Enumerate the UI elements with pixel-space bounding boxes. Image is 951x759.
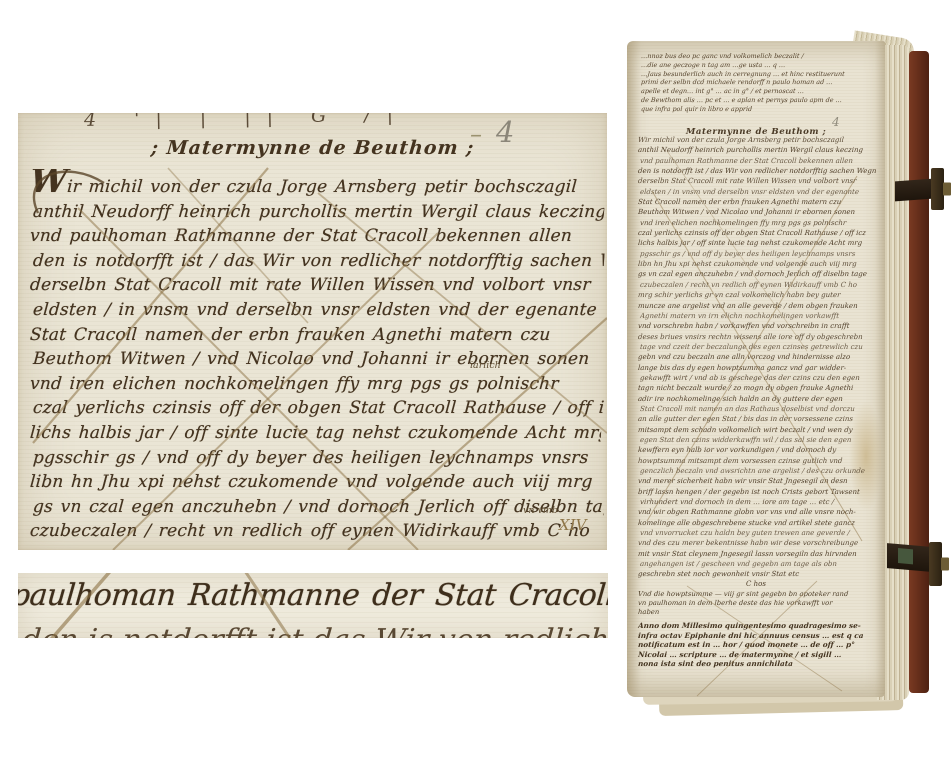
script-line: lichs halbis jar / off sinte lucie tag n… — [638, 238, 879, 248]
script-line: vnd iren elichen nochkomelingen ffy mrg … — [29, 372, 602, 397]
leather-cover — [909, 51, 929, 693]
entry-body-block: Wir michil von der czula Jorge Arnsberg … — [638, 135, 878, 580]
manuscript-page: …nnoz bus deo pc ganc vnd volkomelich be… — [627, 41, 885, 697]
script-line: pgsschir gs / vnd off dy beyer des heili… — [32, 446, 605, 471]
script-line: vnd iren elichen nochkomelingen ffy mrg … — [640, 218, 881, 228]
script-line: libn hn Jhu xpi nehst czukomende vnd vol… — [638, 259, 879, 269]
script-line: Agnethi matern vn irn elichn nochkomelin… — [640, 311, 881, 321]
script-line: genczlich beczaln vnd awsrichtn ane arge… — [640, 466, 881, 476]
script-line: haben — [638, 608, 876, 617]
script-line: tage vnd czeit der beczalunge des egen c… — [640, 342, 881, 352]
script-line: den is notdorfft ist / das Wir von redli… — [638, 166, 879, 176]
script-line: Beuthom Witwen / vnd Nicolao vnd Johanni… — [32, 347, 605, 372]
script-line: gs vn czal egen anczuhebn / vnd dornoch … — [32, 495, 605, 520]
detail-text: paulhoman Rathmanne der Stat Cracoll — [18, 578, 608, 613]
detail-crop: paulhoman Rathmanne der Stat Cracoll den… — [18, 573, 608, 638]
script-line: de Bewthom alis … pc et … e aplan et per… — [641, 96, 874, 105]
script-line: Nicolai … scripture … de matermynne / et… — [638, 650, 876, 660]
script-line: Beuthom Witwen / vnd Nicolao vnd Johanni… — [638, 207, 879, 217]
script-line: Wir michil von der czula Jorge Arnsberg … — [638, 135, 879, 145]
script-line: derselbn Stat Cracoll mit rate Willen Wi… — [638, 176, 879, 186]
previous-entry-block: …nnoz bus deo pc ganc vnd volkomelich be… — [641, 52, 873, 114]
entry-heading: ; Matermynne de Beuthom ; — [150, 137, 475, 159]
script-line: vnd vnvorrucket czu haldn bey guten trew… — [640, 528, 881, 538]
script-line: primi der selbn dcd michaele rendorff n … — [641, 78, 874, 87]
clasp-tip — [931, 168, 944, 210]
script-line: vnd des czu merer bekentnisse habn wir d… — [638, 538, 879, 548]
script-line: czubeczalen / recht vn redlich off eynen… — [29, 519, 602, 544]
script-line: kewffern eyn halb ior vor vorkundigen / … — [638, 445, 879, 455]
script-line: howptsumma mitsampt dem vorsessen czinse… — [638, 456, 879, 466]
script-line: adir ire nochkomelinge sich haldn an dy … — [638, 394, 879, 404]
script-line: Wir michil von der czula Jorge Arnsberg … — [29, 169, 602, 200]
script-line: apelle et degn… int g° … ac in g° / et p… — [641, 87, 874, 96]
clasp-strap — [887, 543, 931, 572]
script-line: eldsten / in vnsm vnd derselbn vnsr elds… — [32, 298, 605, 323]
script-line: gekawfft wirt / vnd ab is geschege das d… — [640, 373, 881, 383]
script-line: czal yerlichs czinsis off der obgen Stat… — [32, 396, 605, 421]
script-line: den is notdorfft ist / das Wir von redli… — [32, 249, 605, 274]
script-line: Stat Cracoll namen der erbn frauken Agne… — [638, 197, 879, 207]
detail-partial-line: den is notdorfft ist das Wir von redlich… — [20, 623, 608, 638]
cropped-glyph-marks: 4 '| | || G /| — [84, 113, 409, 131]
script-line: vn paulhoman in dem lberhe deste das hie… — [638, 599, 876, 608]
script-line: que infra pol quir in libro e apprid — [641, 105, 874, 114]
interlinear-note: iarlich — [470, 360, 501, 371]
script-line: an alle gutter der egen Stat / bis das i… — [638, 414, 879, 424]
clasp-strap — [895, 179, 933, 202]
script-line: nona ista sint deo penitus annichilata — [638, 659, 876, 669]
script-line: eldsten / in vnsm vnd derselbn vnsr elds… — [640, 187, 881, 197]
script-line: mit vnsir Stat cleynem Jngesegil lassn v… — [638, 549, 879, 559]
script-line: Vnd die howptsumme — viij gr sint gegebn… — [638, 590, 876, 599]
script-line: angehangen ist / gescheen vnd gegebn am … — [640, 559, 881, 569]
script-line: czal yerlichs czinsis off der obgen Stat… — [638, 228, 879, 238]
script-line: muncze ane argelist vnd an alle geverde … — [638, 301, 879, 311]
folio-number: 4 — [832, 115, 840, 129]
script-line: Anno dom Millesimo quingentesimo quadrag… — [638, 621, 876, 631]
script-line: vnd paulhoman Rathmanne der Stat Cracoll… — [640, 156, 881, 166]
colophon-block: Anno dom Millesimo quingentesimo quadrag… — [638, 621, 875, 669]
folio-scan: 4 '| | || G /| ; Matermynne de Beuthom ;… — [18, 113, 607, 550]
script-line: …nnoz bus deo pc ganc vnd volkomelich be… — [641, 52, 874, 61]
folio-text-block: Wir michil von der czula Jorge Arnsberg … — [30, 169, 601, 544]
script-line: gebn vnd czu beczaln ane alln vorczog vn… — [638, 352, 879, 362]
script-line: vnd paulhoman Rathmanne der Stat Cracoll… — [29, 224, 602, 249]
script-line: tagn nicht beczalt wurde / zo mogn dy ob… — [638, 383, 879, 393]
clasp-top — [895, 166, 951, 214]
codex-photo: …nnoz bus deo pc ganc vnd volkomelich be… — [625, 35, 951, 719]
script-line: pgsschir gs / vnd off dy beyer des heili… — [640, 249, 881, 259]
script-line: mrg schir yerlichs gr vn czal volkomelic… — [638, 290, 879, 300]
script-line: egen Stat den czins widderkawffn wil / d… — [640, 435, 881, 445]
script-line: Stat Cracoll mit namen an das Rathaus do… — [640, 404, 881, 414]
script-line: vnd vorschrebn habn / vorkawffen vnd vor… — [638, 321, 879, 331]
script-line: lichs halbis jar / off sinte lucie tag n… — [29, 421, 602, 446]
script-line: …die ane geczoge n tag am …ge usta … q … — [641, 61, 874, 70]
script-line: anthil Neudorff heinrich purchollis mert… — [32, 200, 605, 225]
script-line: anthil Neudorff heinrich purchollis mert… — [638, 145, 879, 155]
script-line: libn hn Jhu xpi nehst czukomende vnd vol… — [29, 470, 602, 495]
body-lines-2: mrg schir yerlichs gr vn czal volkomelic… — [638, 290, 878, 580]
body-lines-1: Wir michil von der czula Jorge Arnsberg … — [638, 135, 878, 290]
section-mark: C hos — [627, 580, 885, 588]
script-line: gs vn czal egen anczuhebn / vnd dornoch … — [638, 269, 879, 279]
folio-number: 4 — [470, 115, 514, 149]
script-line: virhundert vnd dornoch in dem … iore am … — [640, 497, 881, 507]
note-block: Vnd die howptsumme — viij gr sint gegebn… — [638, 590, 875, 617]
script-line: vnd merer sicherheit habn wir vnsir Stat… — [638, 476, 879, 486]
heading-row: ; Matermynne de Beuthom ; — [18, 137, 607, 159]
script-line: lange bis das dy egen howptsumma gancz v… — [638, 363, 879, 373]
script-line: deses briues vnsirs rechtn wissens alle … — [638, 332, 879, 342]
script-line: infra octav Epiphanie dni hic annuus cen… — [638, 631, 876, 641]
script-line: geschrebn stet noch gewonheit vnsir Stat… — [638, 569, 879, 579]
margin-mark: XIV — [559, 516, 586, 534]
script-line: derselbn Stat Cracoll mit rate Willen Wi… — [29, 273, 602, 298]
script-line: Stat Cracoll namen der erbn frauken Agne… — [29, 323, 602, 348]
clasp-tip — [929, 542, 942, 586]
manuscript-composite: 4 '| | || G /| ; Matermynne de Beuthom ;… — [0, 0, 951, 759]
script-line: czubeczalen / recht vn redlich off eynen… — [640, 280, 881, 290]
script-line: briff lassn hengen / der gegebn ist noch… — [638, 487, 879, 497]
script-line: mitsampt dem schadn volkomelich wirt bec… — [638, 425, 879, 435]
script-line: vnd wir obgen Rathmanne globn vor vns vn… — [638, 507, 879, 517]
interlinear-note: vn vmb — [523, 505, 558, 516]
script-line: komelinge alle obgeschrebene stucke vnd … — [638, 518, 879, 528]
script-line: notificatum est in … hor / quod monete …… — [638, 640, 876, 650]
clasp-bottom — [887, 535, 951, 589]
